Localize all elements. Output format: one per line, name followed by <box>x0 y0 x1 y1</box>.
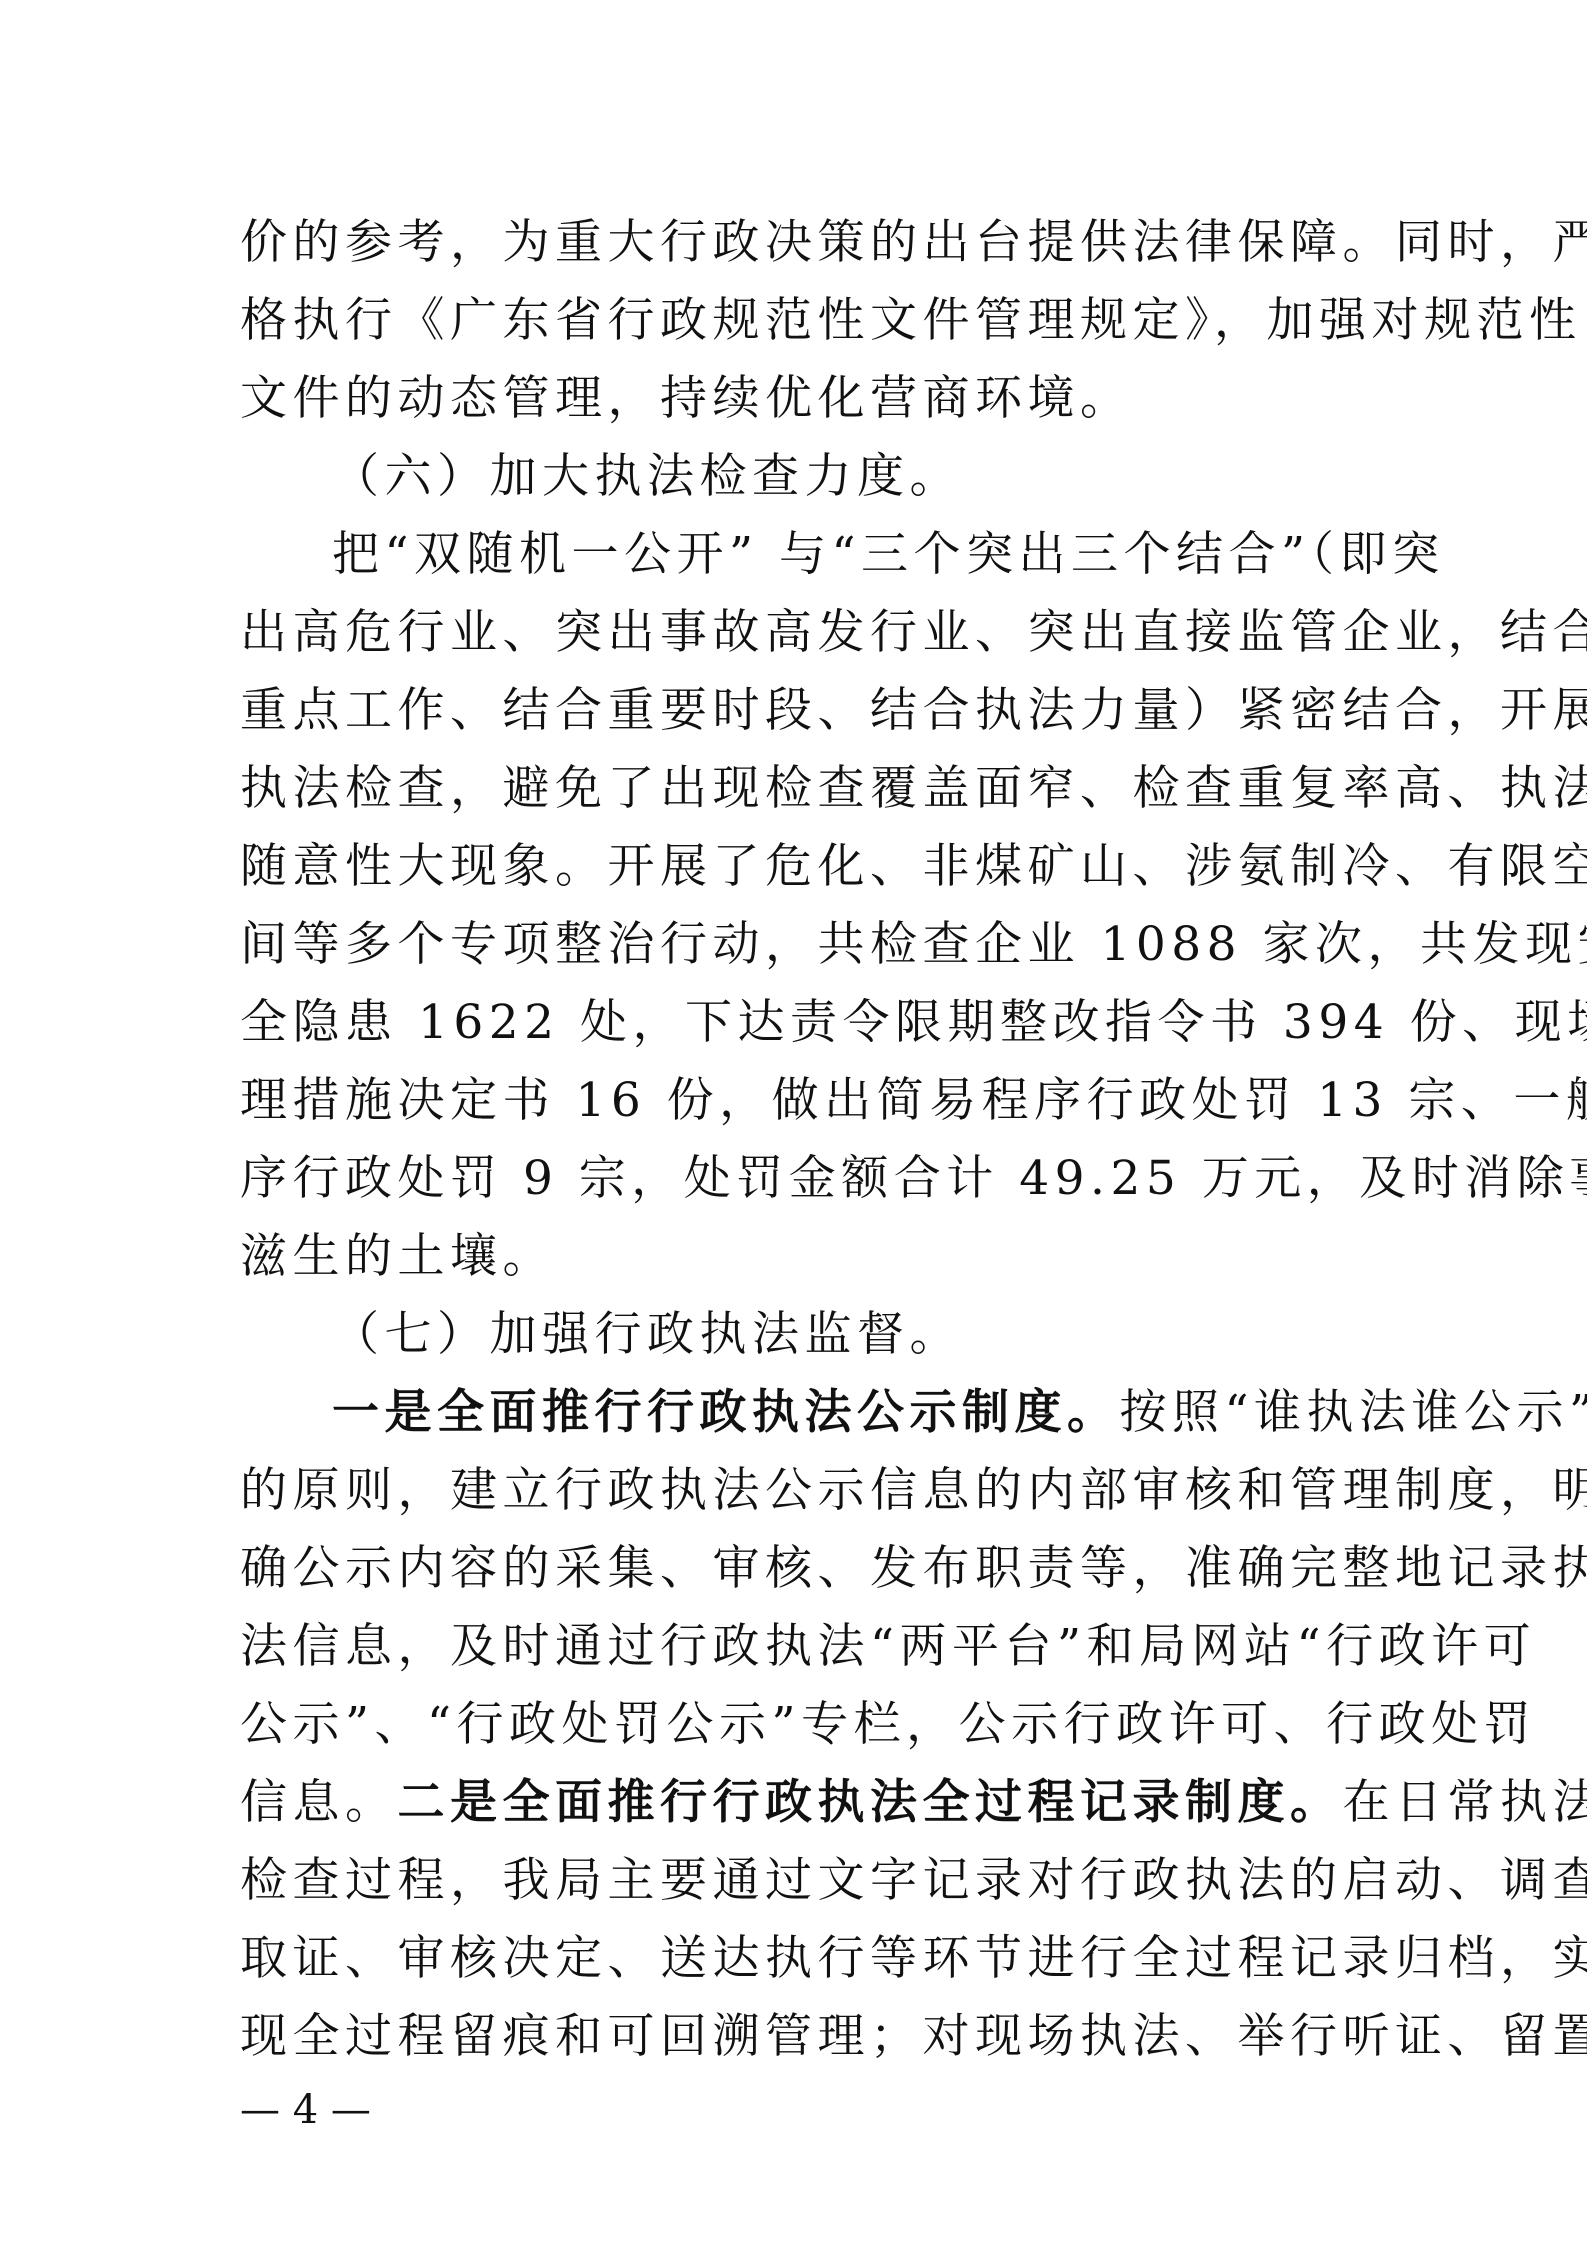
section-heading-6: （六）加大执法检查力度。 <box>332 447 1472 507</box>
body-line: 理措施决定书 16 份，做出简易程序行政处罚 13 宗、一般程 <box>240 1071 1380 1131</box>
body-line: 序行政处罚 9 宗，处罚金额合计 49.25 万元，及时消除事故 <box>240 1149 1380 1209</box>
body-line: 把“双随机一公开” 与“三个突出三个结合”（即突 <box>332 525 1472 585</box>
body-line: 的原则，建立行政执法公示信息的内部审核和管理制度，明 <box>240 1461 1380 1521</box>
body-line: 一是全面推行行政执法公示制度。按照“谁执法谁公示” <box>332 1383 1472 1443</box>
body-line: 滋生的土壤。 <box>240 1227 1380 1287</box>
emphasis-text: 一是全面推行行政执法公示制度。 <box>332 1385 1120 1440</box>
emphasis-text: 二是全面推行行政执法全过程记录制度。 <box>398 1775 1343 1830</box>
body-line: 法信息，及时通过行政执法“两平台”和局网站“行政许可 <box>240 1617 1380 1677</box>
body-line: 出高危行业、突出事故高发行业、突出直接监管企业，结合 <box>240 603 1380 663</box>
body-text: 按照“谁执法谁公示” <box>1120 1385 1587 1440</box>
body-line: 执法检查，避免了出现检查覆盖面窄、检查重复率高、执法 <box>240 759 1380 819</box>
body-line: 确公示内容的采集、审核、发布职责等，准确完整地记录执 <box>240 1539 1380 1599</box>
page-number: — 4 — <box>240 2085 371 2135</box>
body-line: 全隐患 1622 处，下达责令限期整改指令书 394 份、现场处 <box>240 993 1380 1053</box>
body-text: 在日常执法 <box>1343 1775 1587 1830</box>
body-line: 重点工作、结合重要时段、结合执法力量）紧密结合，开展 <box>240 681 1380 741</box>
body-text: 信息。 <box>240 1775 398 1830</box>
document-page: 价的参考，为重大行政决策的出台提供法律保障。同时，严 格执行《广东省行政规范性文… <box>0 0 1587 2245</box>
body-line: 取证、审核决定、送达执行等环节进行全过程记录归档，实 <box>240 1929 1380 1989</box>
section-heading-7: （七）加强行政执法监督。 <box>332 1305 1472 1365</box>
body-line: 公示”、“行政处罚公示”专栏，公示行政许可、行政处罚 <box>240 1695 1380 1755</box>
body-line: 随意性大现象。开展了危化、非煤矿山、涉氨制冷、有限空 <box>240 837 1380 897</box>
body-line: 现全过程留痕和可回溯管理；对现场执法、举行听证、留置 <box>240 2007 1380 2067</box>
body-line: 信息。二是全面推行行政执法全过程记录制度。在日常执法 <box>240 1773 1380 1833</box>
body-line: 文件的动态管理，持续优化营商环境。 <box>240 369 1380 429</box>
body-line: 检查过程，我局主要通过文字记录对行政执法的启动、调查 <box>240 1851 1380 1911</box>
body-line: 价的参考，为重大行政决策的出台提供法律保障。同时，严 <box>240 213 1380 273</box>
body-line: 间等多个专项整治行动，共检查企业 1088 家次，共发现安 <box>240 915 1380 975</box>
body-line: 格执行《广东省行政规范性文件管理规定》，加强对规范性 <box>240 291 1380 351</box>
